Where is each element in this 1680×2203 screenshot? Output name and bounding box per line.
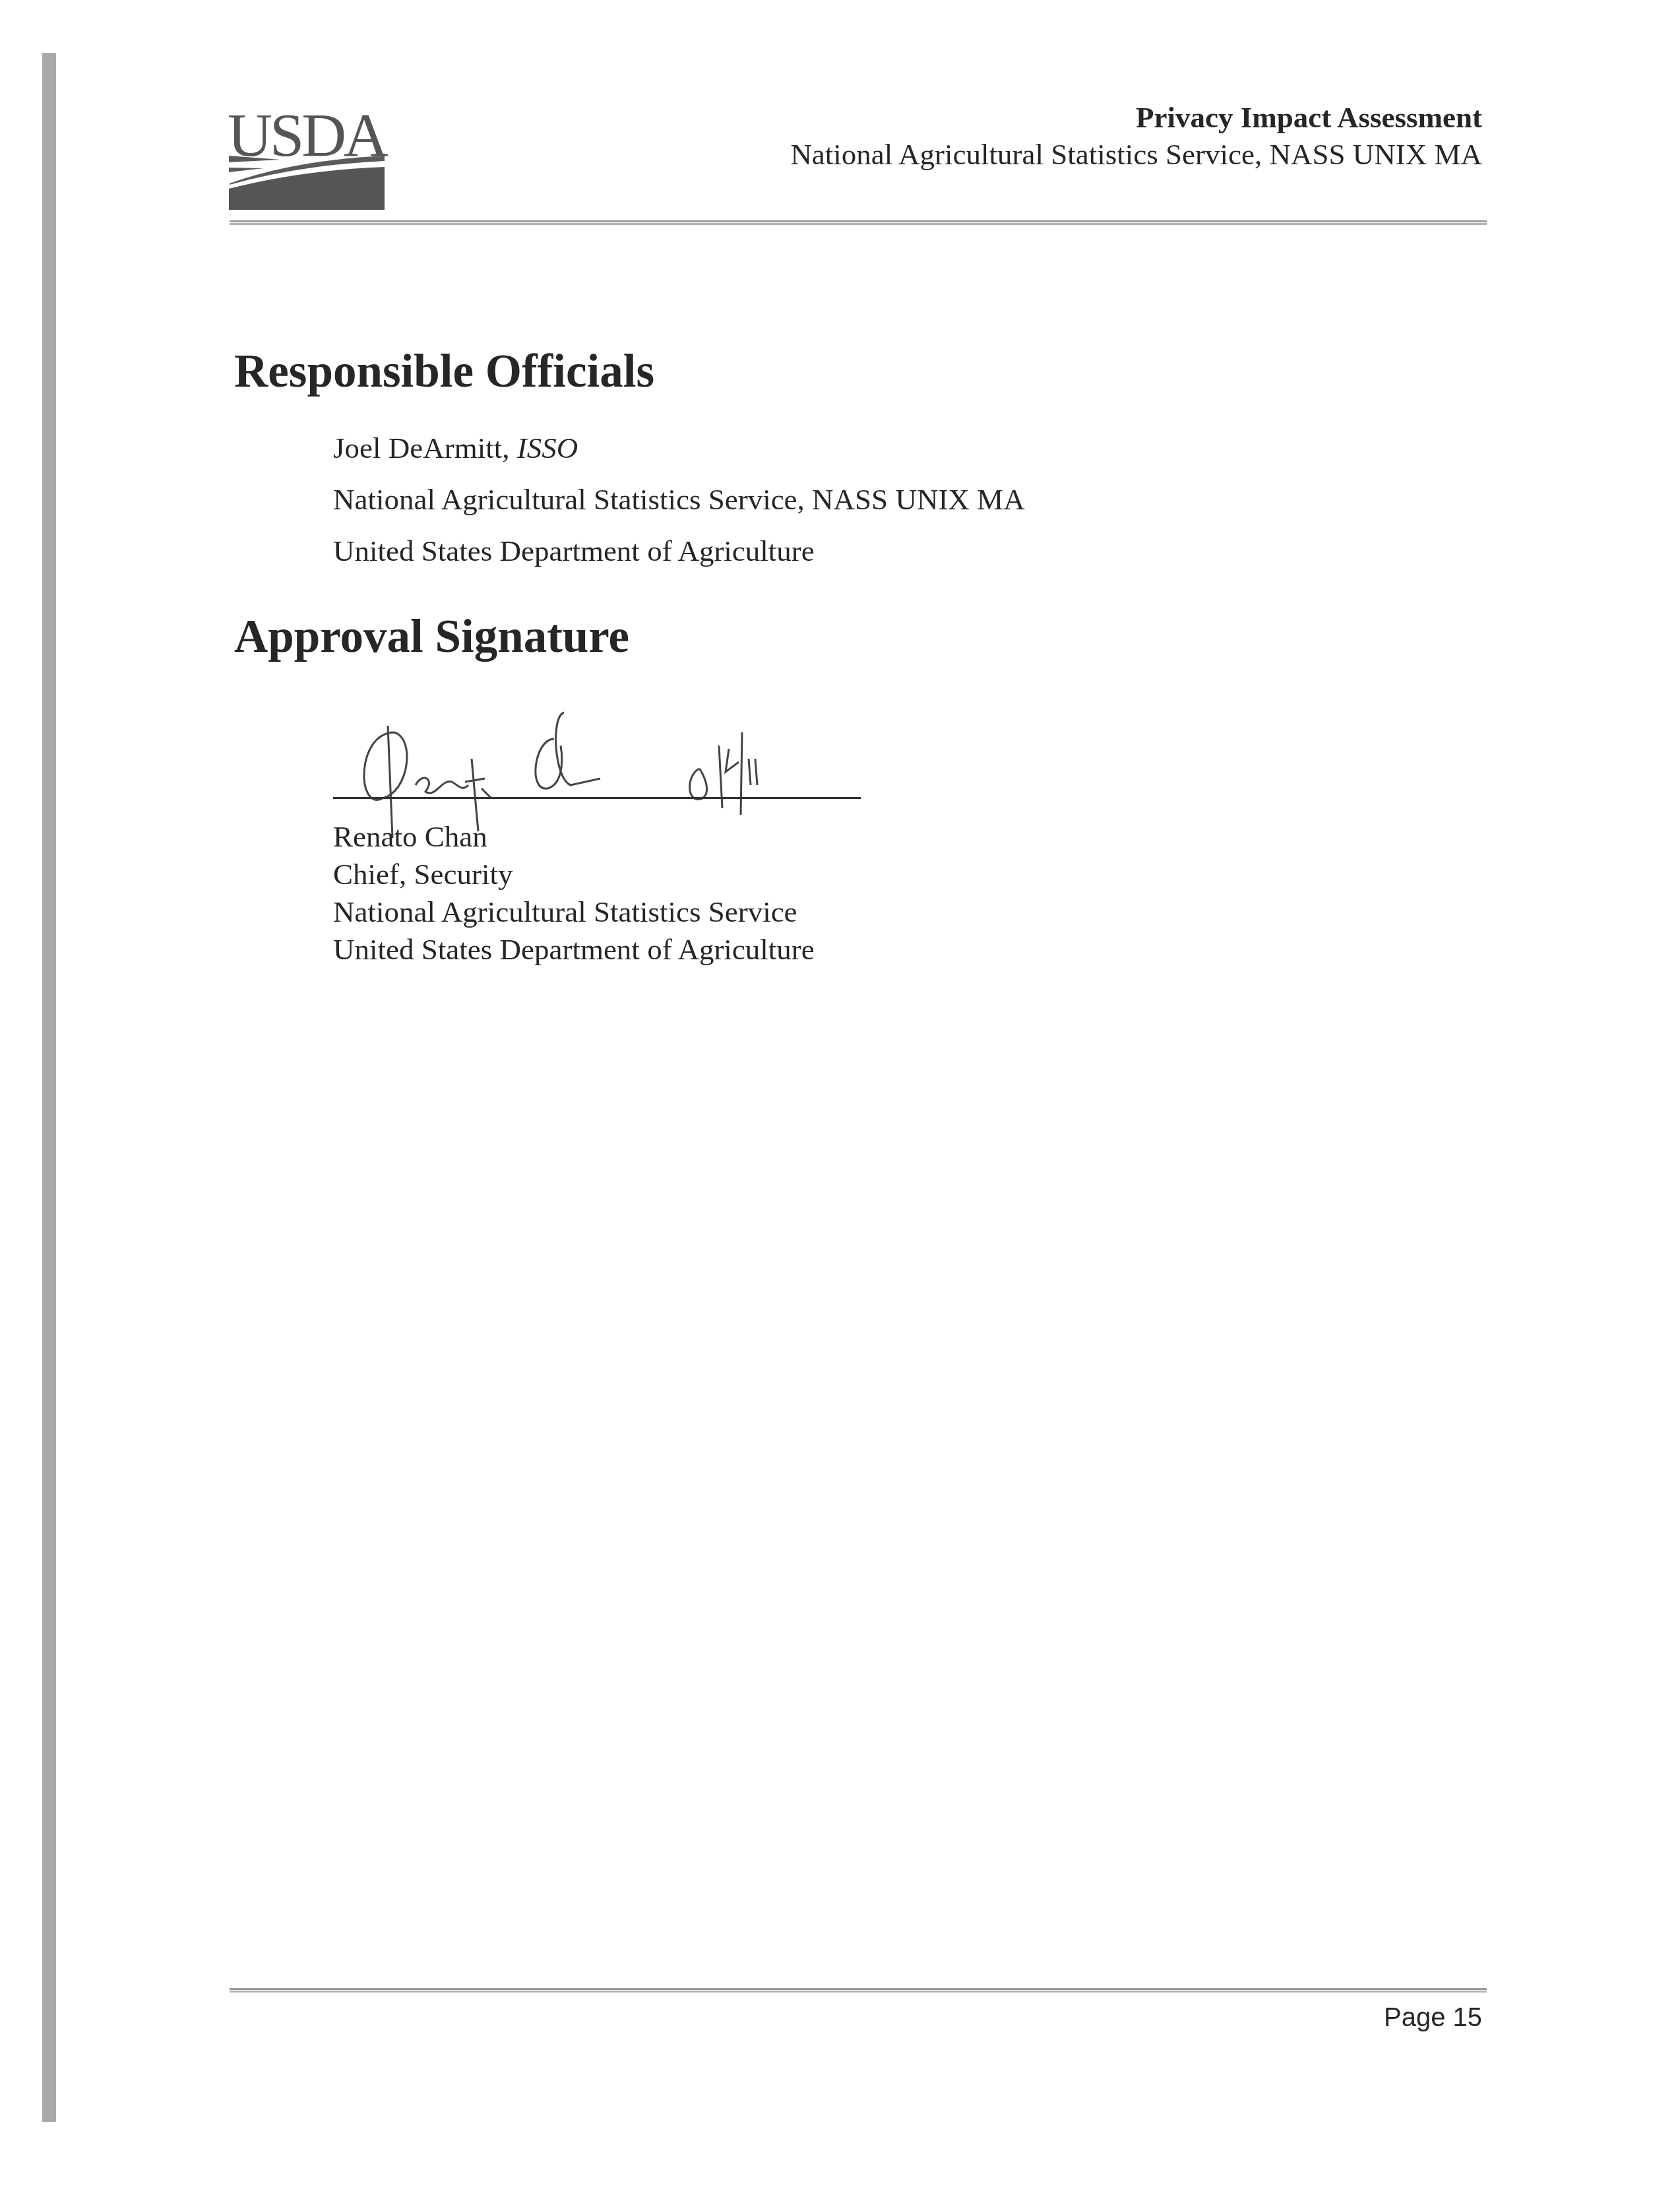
responsible-officials-block: Joel DeArmitt, ISSO National Agricultura… — [333, 422, 1025, 577]
header-rule — [230, 220, 1487, 225]
approver-title: Chief, Security — [333, 856, 815, 893]
usda-landscape-icon — [228, 104, 386, 213]
official-org-line: National Agricultural Statistics Service… — [333, 474, 1025, 525]
official-name: Joel DeArmitt, — [333, 431, 509, 464]
official-role: ISSO — [517, 431, 578, 464]
document-title: Privacy Impact Assessment — [790, 99, 1482, 136]
official-dept-line: United States Department of Agriculture — [333, 525, 1025, 577]
page-number: Page 15 — [1384, 2003, 1482, 2033]
signature-line — [333, 797, 861, 799]
approver-name: Renato Chan — [333, 818, 815, 856]
document-header: Privacy Impact Assessment National Agric… — [790, 99, 1482, 173]
footer-rule — [230, 1988, 1487, 1993]
approver-org: National Agricultural Statistics Service — [333, 893, 815, 931]
usda-logo: USDA — [228, 104, 386, 213]
approver-block: Renato Chan Chief, Security National Agr… — [333, 818, 815, 969]
official-name-line: Joel DeArmitt, ISSO — [333, 422, 1025, 474]
approval-signature-heading: Approval Signature — [234, 610, 629, 663]
scan-edge-bar — [42, 53, 56, 2122]
responsible-officials-heading: Responsible Officials — [234, 345, 654, 398]
approver-dept: United States Department of Agriculture — [333, 931, 815, 969]
document-subtitle: National Agricultural Statistics Service… — [790, 136, 1482, 173]
